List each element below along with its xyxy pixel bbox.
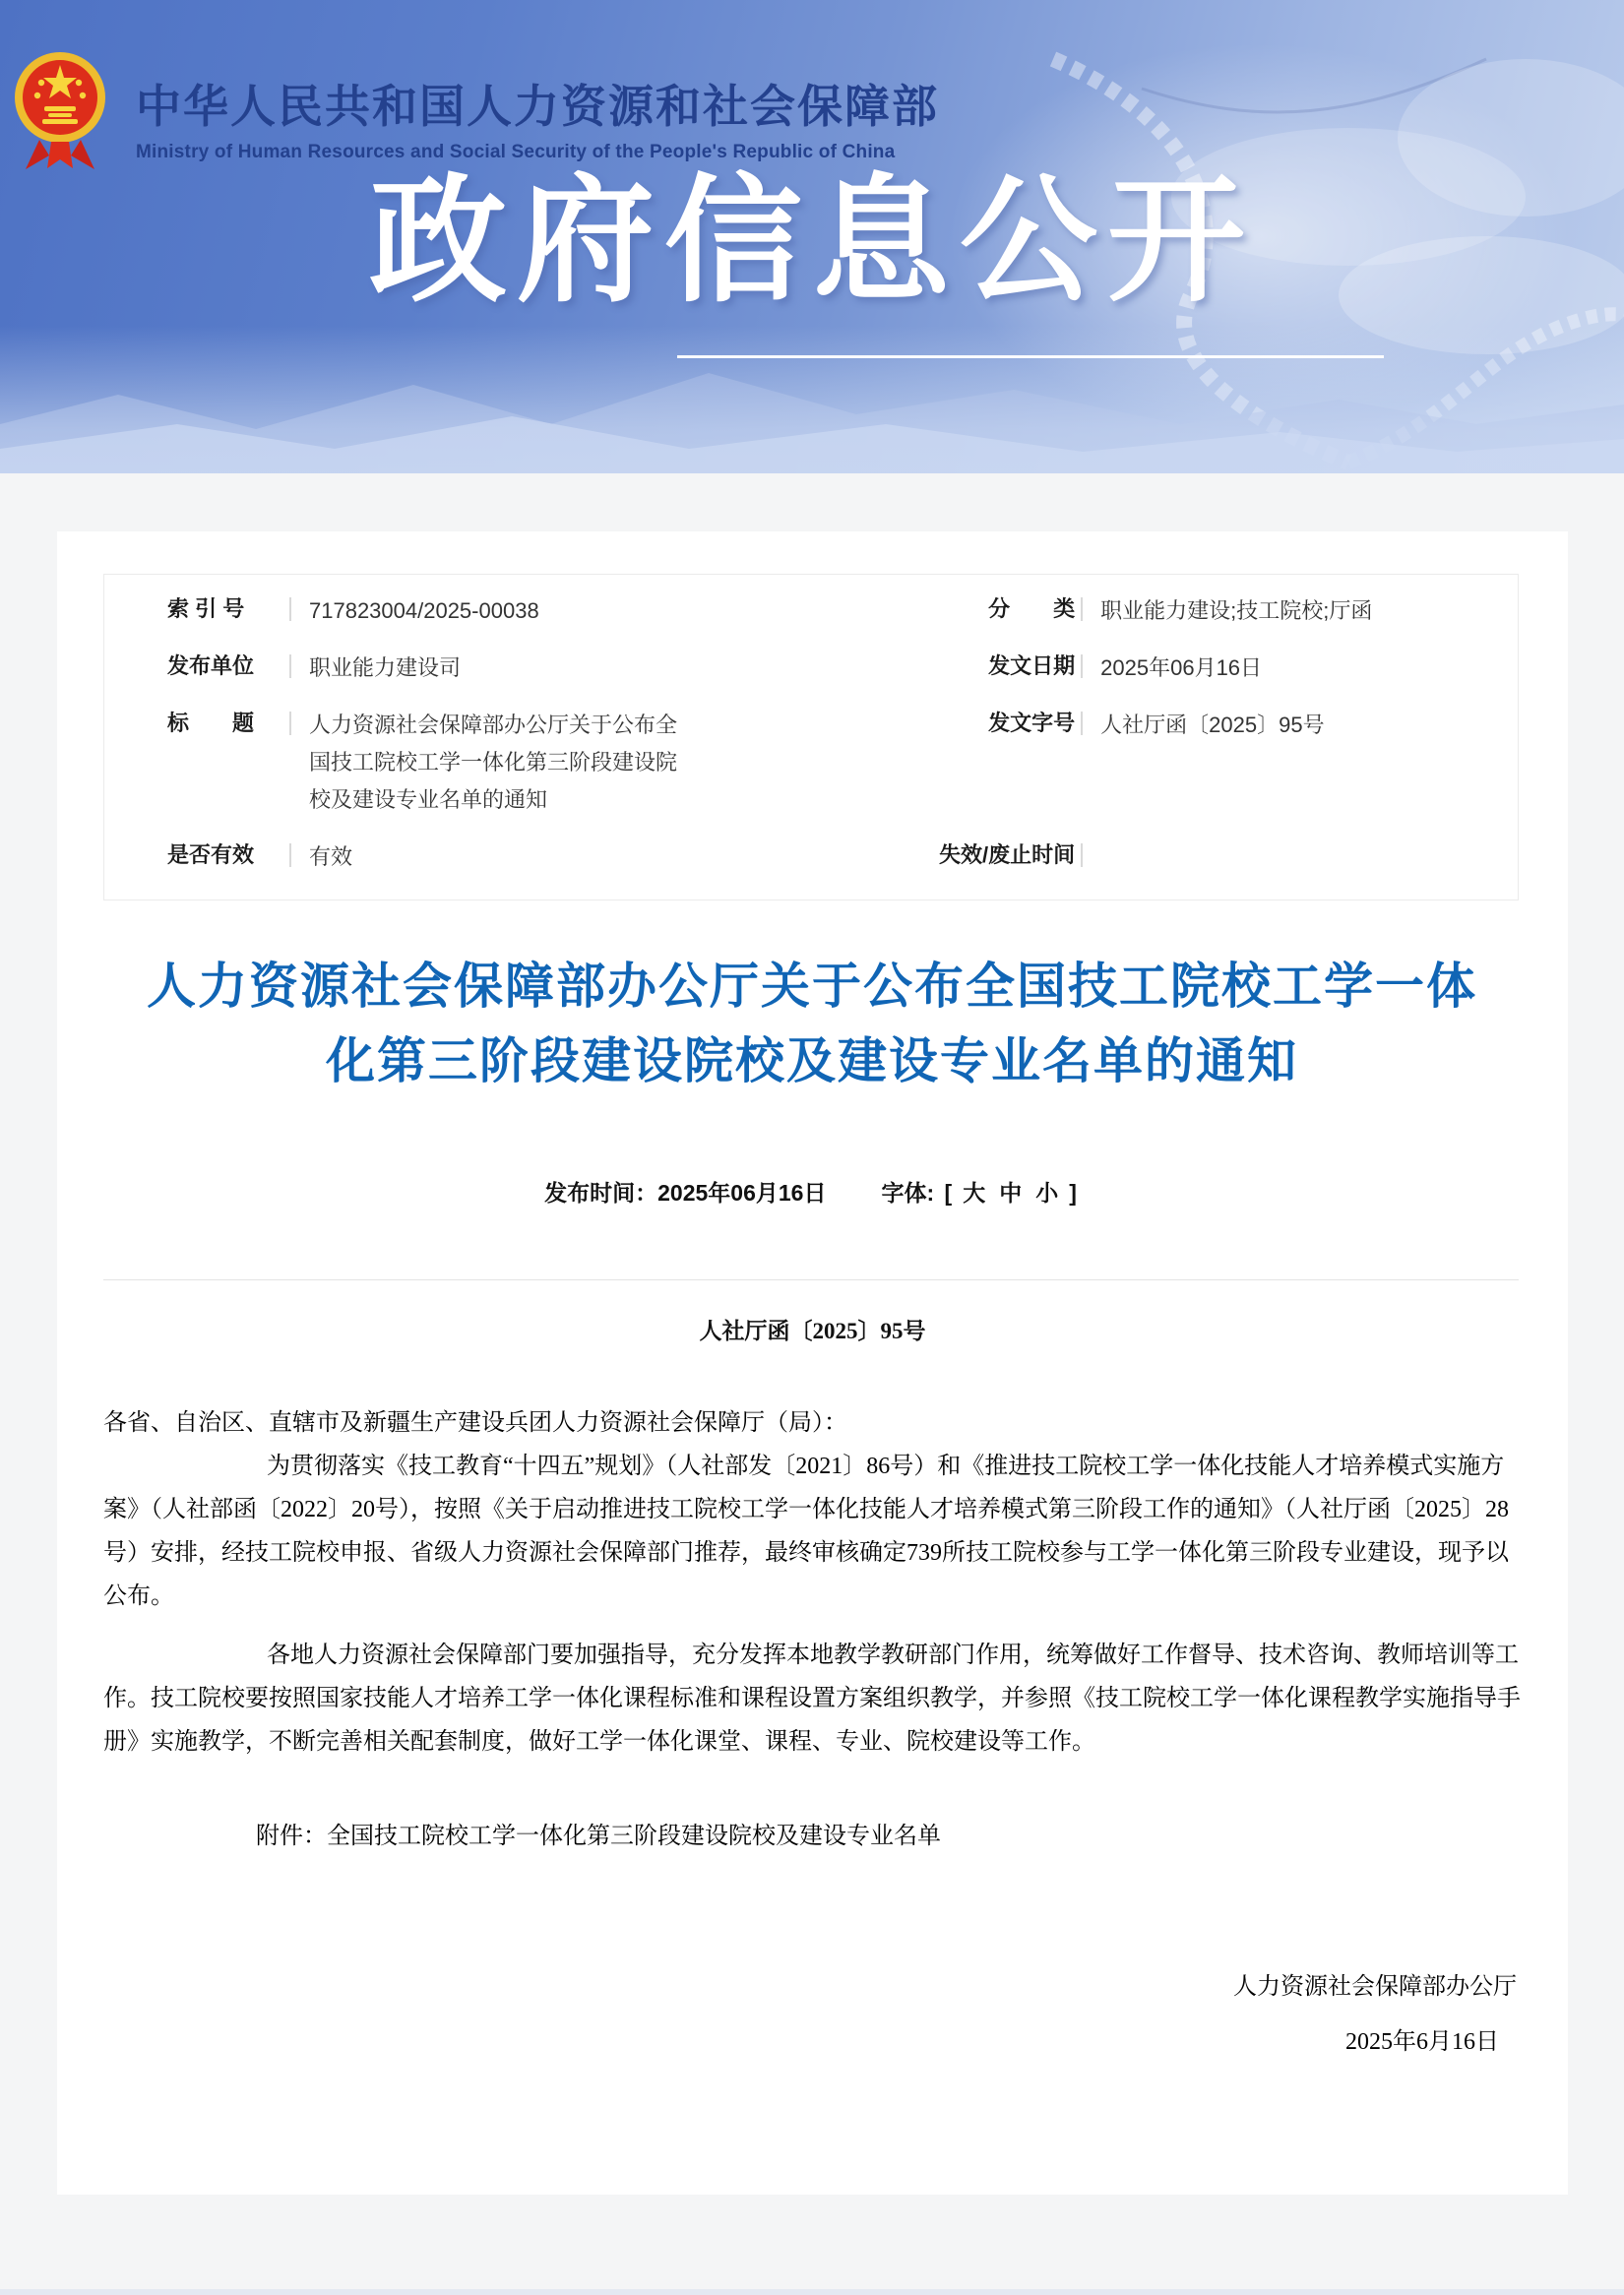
meta-field-issue-date: 发文日期 2025年06月16日 xyxy=(896,650,1518,687)
meta-value: 人力资源社会保障部办公厅关于公布全国技工院校工学一体化第三阶段建设院校及建设专业… xyxy=(309,707,705,819)
meta-field-index-number: 索 引 号 717823004/2025-00038 xyxy=(104,592,896,630)
meta-separator xyxy=(289,597,291,621)
meta-label: 分 类 xyxy=(902,592,1075,626)
meta-label: 标 题 xyxy=(167,707,283,740)
meta-label: 失效/废止时间 xyxy=(902,838,1075,872)
signature-block: 人力资源社会保障部办公厅 2025年6月16日 xyxy=(1233,1970,1517,2059)
meta-separator xyxy=(289,712,291,735)
meta-field-category: 分 类 职业能力建设;技工院校;厅函 xyxy=(896,592,1518,630)
font-size-label: 字体: xyxy=(881,1180,934,1206)
horizontal-divider xyxy=(103,1279,1519,1280)
page-bottom-strip xyxy=(0,2289,1624,2295)
meta-value: 人社厅函〔2025〕95号 xyxy=(1100,707,1340,744)
banner-underline xyxy=(677,355,1384,358)
meta-label: 发文字号 xyxy=(902,707,1075,740)
salutation-line: 各省、自治区、直辖市及新疆生产建设兵团人力资源社会保障厅（局）： xyxy=(103,1401,1521,1445)
ministry-name-en: Ministry of Human Resources and Social S… xyxy=(136,142,939,163)
publish-time-label: 发布时间： xyxy=(544,1180,657,1206)
meta-separator xyxy=(1081,597,1083,621)
document-body: 各省、自治区、直辖市及新疆生产建设兵团人力资源社会保障厅（局）： 为贯彻落实《技… xyxy=(103,1401,1521,1858)
signer-name: 人力资源社会保障部办公厅 xyxy=(1233,1970,1517,2004)
attachment-link[interactable]: 附件：全国技工院校工学一体化第三阶段建设院校及建设专业名单 xyxy=(256,1815,1521,1858)
meta-field-doc-number: 发文字号 人社厅函〔2025〕95号 xyxy=(896,707,1518,819)
signature-date: 2025年6月16日 xyxy=(1233,2025,1517,2059)
publish-time-value: 2025年06月16日 xyxy=(657,1180,826,1206)
font-size-small-button[interactable]: 小 xyxy=(1035,1175,1058,1208)
meta-label: 发布单位 xyxy=(167,650,283,683)
meta-label: 是否有效 xyxy=(167,838,283,872)
document-card: 索 引 号 717823004/2025-00038 分 类 职业能力建设;技工… xyxy=(57,531,1568,2195)
meta-label: 索 引 号 xyxy=(167,592,283,626)
meta-separator xyxy=(289,843,291,867)
font-size-medium-button[interactable]: 中 xyxy=(999,1175,1022,1208)
meta-value: 2025年06月16日 xyxy=(1100,650,1278,687)
font-size-open-bracket: [ xyxy=(945,1180,953,1207)
publish-info-line: 发布时间：2025年06月16日字体: [大中小] xyxy=(57,1175,1568,1208)
meta-field-publisher: 发布单位 职业能力建设司 xyxy=(104,650,896,687)
meta-field-expiry-time: 失效/废止时间 xyxy=(896,838,1518,876)
header-haze xyxy=(0,326,1624,473)
document-reference-number: 人社厅函〔2025〕95号 xyxy=(57,1313,1568,1345)
meta-separator xyxy=(1081,712,1083,735)
document-meta-table: 索 引 号 717823004/2025-00038 分 类 职业能力建设;技工… xyxy=(103,574,1519,900)
ministry-name-zh: 中华人民共和国人力资源和社会保障部 xyxy=(136,71,939,136)
section-title-gov-info-disclosure: 政府信息公开 xyxy=(0,167,1624,315)
meta-value: 有效 xyxy=(309,838,368,876)
meta-field-title: 标 题 人力资源社会保障部办公厅关于公布全国技工院校工学一体化第三阶段建设院校及… xyxy=(104,707,896,819)
font-size-large-button[interactable]: 大 xyxy=(963,1175,985,1208)
meta-label: 发文日期 xyxy=(902,650,1075,683)
meta-separator xyxy=(289,654,291,678)
meta-separator xyxy=(1081,654,1083,678)
meta-value: 职业能力建设;技工院校;厅函 xyxy=(1100,592,1388,630)
ministry-logo-link[interactable]: 中华人民共和国人力资源和社会保障部 Ministry of Human Reso… xyxy=(12,49,939,173)
meta-value: 717823004/2025-00038 xyxy=(309,592,555,630)
page: 中华人民共和国人力资源和社会保障部 Ministry of Human Reso… xyxy=(0,0,1624,2295)
national-emblem-icon xyxy=(12,49,108,173)
font-size-close-bracket: ] xyxy=(1069,1180,1077,1207)
meta-separator xyxy=(1081,843,1083,867)
meta-field-validity: 是否有效 有效 xyxy=(104,838,896,876)
page-title: 人力资源社会保障部办公厅关于公布全国技工院校工学一体化第三阶段建设院校及建设专业… xyxy=(138,949,1486,1098)
body-paragraph: 为贯彻落实《技工教育“十四五”规划》（人社部发〔2021〕86号）和《推进技工院… xyxy=(103,1445,1521,1618)
site-header-banner: 中华人民共和国人力资源和社会保障部 Ministry of Human Reso… xyxy=(0,0,1624,473)
body-paragraph: 各地人力资源社会保障部门要加强指导，充分发挥本地教学教研部门作用，统筹做好工作督… xyxy=(103,1634,1521,1764)
meta-value: 职业能力建设司 xyxy=(309,650,476,687)
